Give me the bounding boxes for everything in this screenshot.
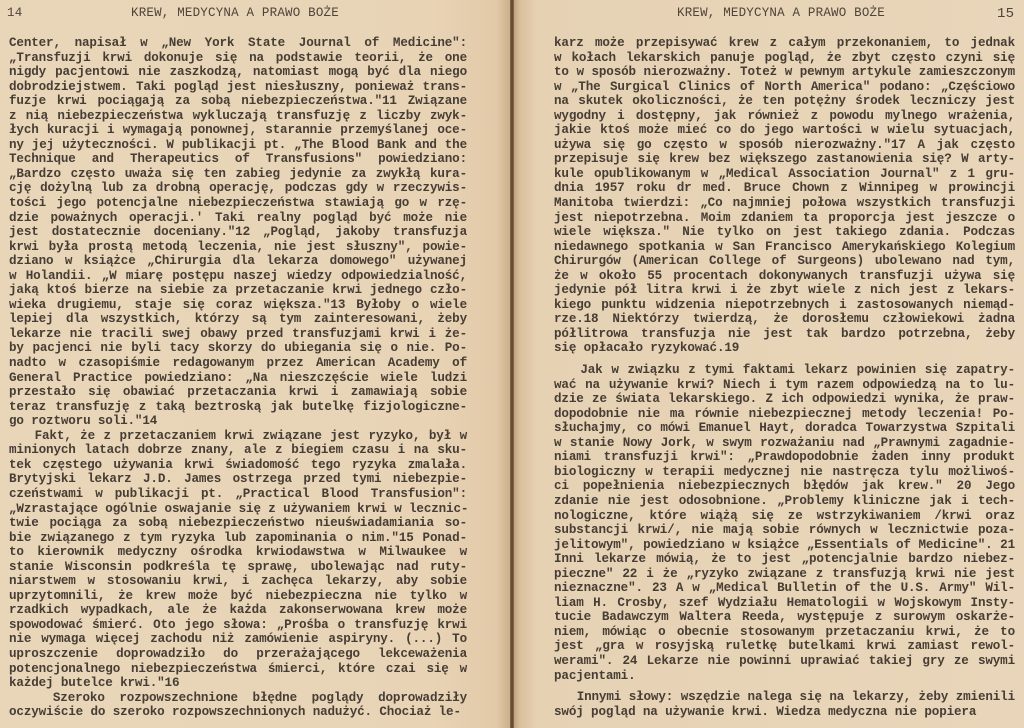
text-line: „Bardzo często uważa się ten zabieg jedy… — [9, 167, 467, 182]
text-line: wieka drugiemu, staje się coraz większa.… — [9, 298, 467, 313]
text-line: tości jego potencjalne niebezpieczeństwa… — [9, 196, 467, 211]
text-line: jaką ktoś bierze na siebie za przetaczan… — [9, 283, 467, 298]
text-line: Chirurgów (American College of Surgeons)… — [554, 254, 1015, 269]
text-line: w stanie Nowy Jork, w swym rozważaniu na… — [554, 436, 1015, 451]
text-line: to kierownik medyczny ośrodka krwiodawst… — [9, 545, 467, 560]
text-line: niem, mówiąc o obecnie stosowanym przeta… — [554, 625, 1015, 640]
text-line: teraz transfuzję z taką beztroską jak bu… — [9, 400, 467, 415]
text-line: na skutek okoliczności, że ten potężny ś… — [554, 94, 1015, 109]
text-line: stanie Wisconsin podkreśla tę sprawę, ub… — [9, 560, 467, 575]
text-line: nologiczne, które wiążą się ze wstrzykiw… — [554, 509, 1015, 524]
text-line: przepisuje się krew bez większego zastan… — [554, 152, 1015, 167]
text-line: kule opublikowanym w „Medical Associatio… — [554, 167, 1015, 182]
text-line: spowodować śmierć. Oto jego słowa: „Proś… — [9, 618, 467, 633]
running-title-left: KREW, MEDYCYNA A PRAWO BOŻE — [131, 6, 339, 20]
text-line: Center, napisał w „New York State Journa… — [9, 36, 467, 51]
text-line: potencjonalnego niebezpieczeństwa śmierc… — [9, 662, 467, 677]
text-line: Jak w związku z tymi faktami lekarz powi… — [554, 363, 1015, 378]
text-line: niami transfuzji krwi": „Prawdopodobnie … — [554, 450, 1015, 465]
text-line: lepiej dla wszystkich, którzy są tym zai… — [9, 312, 467, 327]
running-title-right: KREW, MEDYCYNA A PRAWO BOŻE — [677, 6, 885, 20]
text-line: nadto w czasopiśmie redagowanym przez Am… — [9, 356, 467, 371]
text-line: go roztworu soli."14 — [9, 414, 467, 429]
text-line: karz może przepisywać krew z całym przek… — [554, 36, 1015, 51]
text-line: twie pociąga za sobą niebezpieczeństwo n… — [9, 516, 467, 531]
text-line: dziano w książce „Chirurgia dla lekarza … — [9, 254, 467, 269]
text-line: jest „gra w rosyjską ruletkę butelkami k… — [554, 639, 1015, 654]
text-line: dzie ze świata lekarskiego. Z ich odpowi… — [554, 392, 1015, 407]
text-line: w Holandii. „W miarę postępu naszej wied… — [9, 269, 467, 284]
text-line: swój pogląd na używanie krwi. Wiedza med… — [554, 705, 1015, 720]
left-page: 14 KREW, MEDYCYNA A PRAWO BOŻE Center, n… — [0, 0, 512, 728]
right-page: KREW, MEDYCYNA A PRAWO BOŻE 15 karz może… — [512, 0, 1024, 728]
text-line: „Wzrastające ogólnie oswajanie się z uży… — [9, 502, 467, 517]
text-line: fuzje krwi pociągają za sobą niebezpiecz… — [9, 94, 467, 109]
text-line: rzadkich wypadkach, ale że każda zakonse… — [9, 603, 467, 618]
text-line: dnia 1957 roku dr med. Bruce Chown z Win… — [554, 181, 1015, 196]
text-line: pieczne" 22 i że „ryzyko związane z tran… — [554, 567, 1015, 582]
book-spread: 14 KREW, MEDYCYNA A PRAWO BOŻE Center, n… — [0, 0, 1024, 728]
text-line: oczywiście do szeroko rozpowszechnionych… — [9, 705, 467, 720]
text-line: jest niepotrzebna. Moim zdaniem ta propo… — [554, 211, 1015, 226]
text-line: liam H. Crosby, szef Wydziału Hematologi… — [554, 596, 1015, 611]
text-line: jakie ktoś może mieć co do jego wartości… — [554, 123, 1015, 138]
text-line: nie wymaga więcej zachodu niż zamówienie… — [9, 632, 467, 647]
text-line: dobrodziejstwem. Taki pogląd jest niesłu… — [9, 80, 467, 95]
text-line: Brytyjski lekarz J.D. James ostrzega prz… — [9, 472, 467, 487]
text-line: tucie Badawczym Waltera Reeda, występuje… — [554, 610, 1015, 625]
text-line: niarstwem w stosowaniu krwi, i zachęca l… — [9, 574, 467, 589]
text-line: uproszczenie doprowadziło do przerażając… — [9, 647, 467, 662]
text-line: nigdy pacjentowi nie zaszkodzą, natomias… — [9, 65, 467, 80]
text-line: lekarze nie tracili swej obawy przed tra… — [9, 327, 467, 342]
text-line: kiego punktu widzenia niepotrzebnych i z… — [554, 298, 1015, 313]
text-line: używa się go często w sposób nierozważny… — [554, 138, 1015, 153]
text-line: Innymi słowy: wszędzie nalega się na lek… — [554, 690, 1015, 705]
text-line: General Practice powiedziano: „Na nieszc… — [9, 371, 467, 386]
right-page-body-text: karz może przepisywać krew z całym przek… — [554, 36, 1015, 719]
text-line: minionych latach dobrze znany, ale z bie… — [9, 443, 467, 458]
text-line: niedawnego spotkania w San Francisco Ame… — [554, 240, 1015, 255]
text-line: werami". 24 Lekarze nie powinni uprawiać… — [554, 654, 1015, 669]
text-line: cję dożylną lub za drobną operację, podc… — [9, 181, 467, 196]
text-line: z nią niebezpieczeństwa wykluczają trans… — [9, 109, 467, 124]
text-line: Manitoba twierdzi: „Co najmniej połowa w… — [554, 196, 1015, 211]
text-line: pacjentami. — [554, 669, 1015, 684]
text-line: Technique and Therapeutics of Transfusio… — [9, 152, 467, 167]
text-line: to w sposób nierozważny. Toteż w pewnym … — [554, 65, 1015, 80]
text-line: jelitowym", powiedziano w książce „Essen… — [554, 538, 1015, 553]
text-line: Fakt, że z przetaczaniem krwi związane j… — [9, 429, 467, 444]
text-line: ny jej użyteczności. W publikacji pt. „T… — [9, 138, 467, 153]
text-line: wygodny i dostępny, jak również z powodu… — [554, 109, 1015, 124]
text-line: w kołach lekarskich panuje pogląd, że zb… — [554, 51, 1015, 66]
text-line: półlitrowa transfuzja nie jest tak bardz… — [554, 327, 1015, 342]
text-line: Inni lekarze mówią, że to jest „potencja… — [554, 552, 1015, 567]
text-line: biologiczny w terapii medycznej nie nast… — [554, 465, 1015, 480]
text-line: łych kuracji i wymagają ponownej, staran… — [9, 123, 467, 138]
text-line: by pacjenci nie byli tacy skorzy do ubie… — [9, 341, 467, 356]
text-line: w „The Surgical Clinics of North America… — [554, 80, 1015, 95]
text-line: wiele większa." Nie tylko on jest takieg… — [554, 225, 1015, 240]
text-line: substancji krwi/, nie mają sobie równych… — [554, 523, 1015, 538]
text-line: Szeroko rozpowszechnione błędne poglądy … — [9, 691, 467, 706]
text-line: jest dostatecznie doceniany."12 „Pogląd,… — [9, 225, 467, 240]
text-line: dzie poważnych operacji.' Taki realny po… — [9, 211, 467, 226]
book-spine — [510, 0, 514, 728]
text-line: przestało się obawiać przetaczania krwi … — [9, 385, 467, 400]
text-line: ci popełnienia niebezpiecznych błędów ja… — [554, 479, 1015, 494]
text-line: że w około 55 procentach dokonywanych tr… — [554, 269, 1015, 284]
text-line: rze.18 Niektórzy twierdzą, że dorosłemu … — [554, 312, 1015, 327]
text-line: dopodobnie nie ma równie niebezpiecznej … — [554, 407, 1015, 422]
text-line: każdej butelce krwi."16 — [9, 676, 467, 691]
text-line: tek częstego używania krwi świadomość te… — [9, 458, 467, 473]
left-page-body-text: Center, napisał w „New York State Journa… — [9, 36, 467, 720]
text-line: zdanie nie jest odosobnione. „Problemy k… — [554, 494, 1015, 509]
text-line: uprzytomnili, że krew może być niebezpie… — [9, 589, 467, 604]
text-line: słuchajmy, co mówi Emanuel Hayt, doradca… — [554, 421, 1015, 436]
text-line: jedynie pół litra krwi i że zbyt wiele z… — [554, 283, 1015, 298]
page-number-left: 14 — [7, 6, 22, 20]
text-line: się opłacało ryzykować.19 — [554, 341, 1015, 356]
text-line: czeństwami w publikacji pt. „Practical B… — [9, 487, 467, 502]
text-line: wać na używanie krwi? Niech i tym razem … — [554, 378, 1015, 393]
text-line: bie związanego z tym ryzyka lub zapomina… — [9, 531, 467, 546]
text-line: krwi była prostą metodą leczenia, nie je… — [9, 240, 467, 255]
text-line: „Transfuzji krwi dokonuje się na podstaw… — [9, 51, 467, 66]
page-number-right: 15 — [997, 6, 1014, 22]
text-line: nieznaczne". 23 A w „Medical Bulletin of… — [554, 581, 1015, 596]
